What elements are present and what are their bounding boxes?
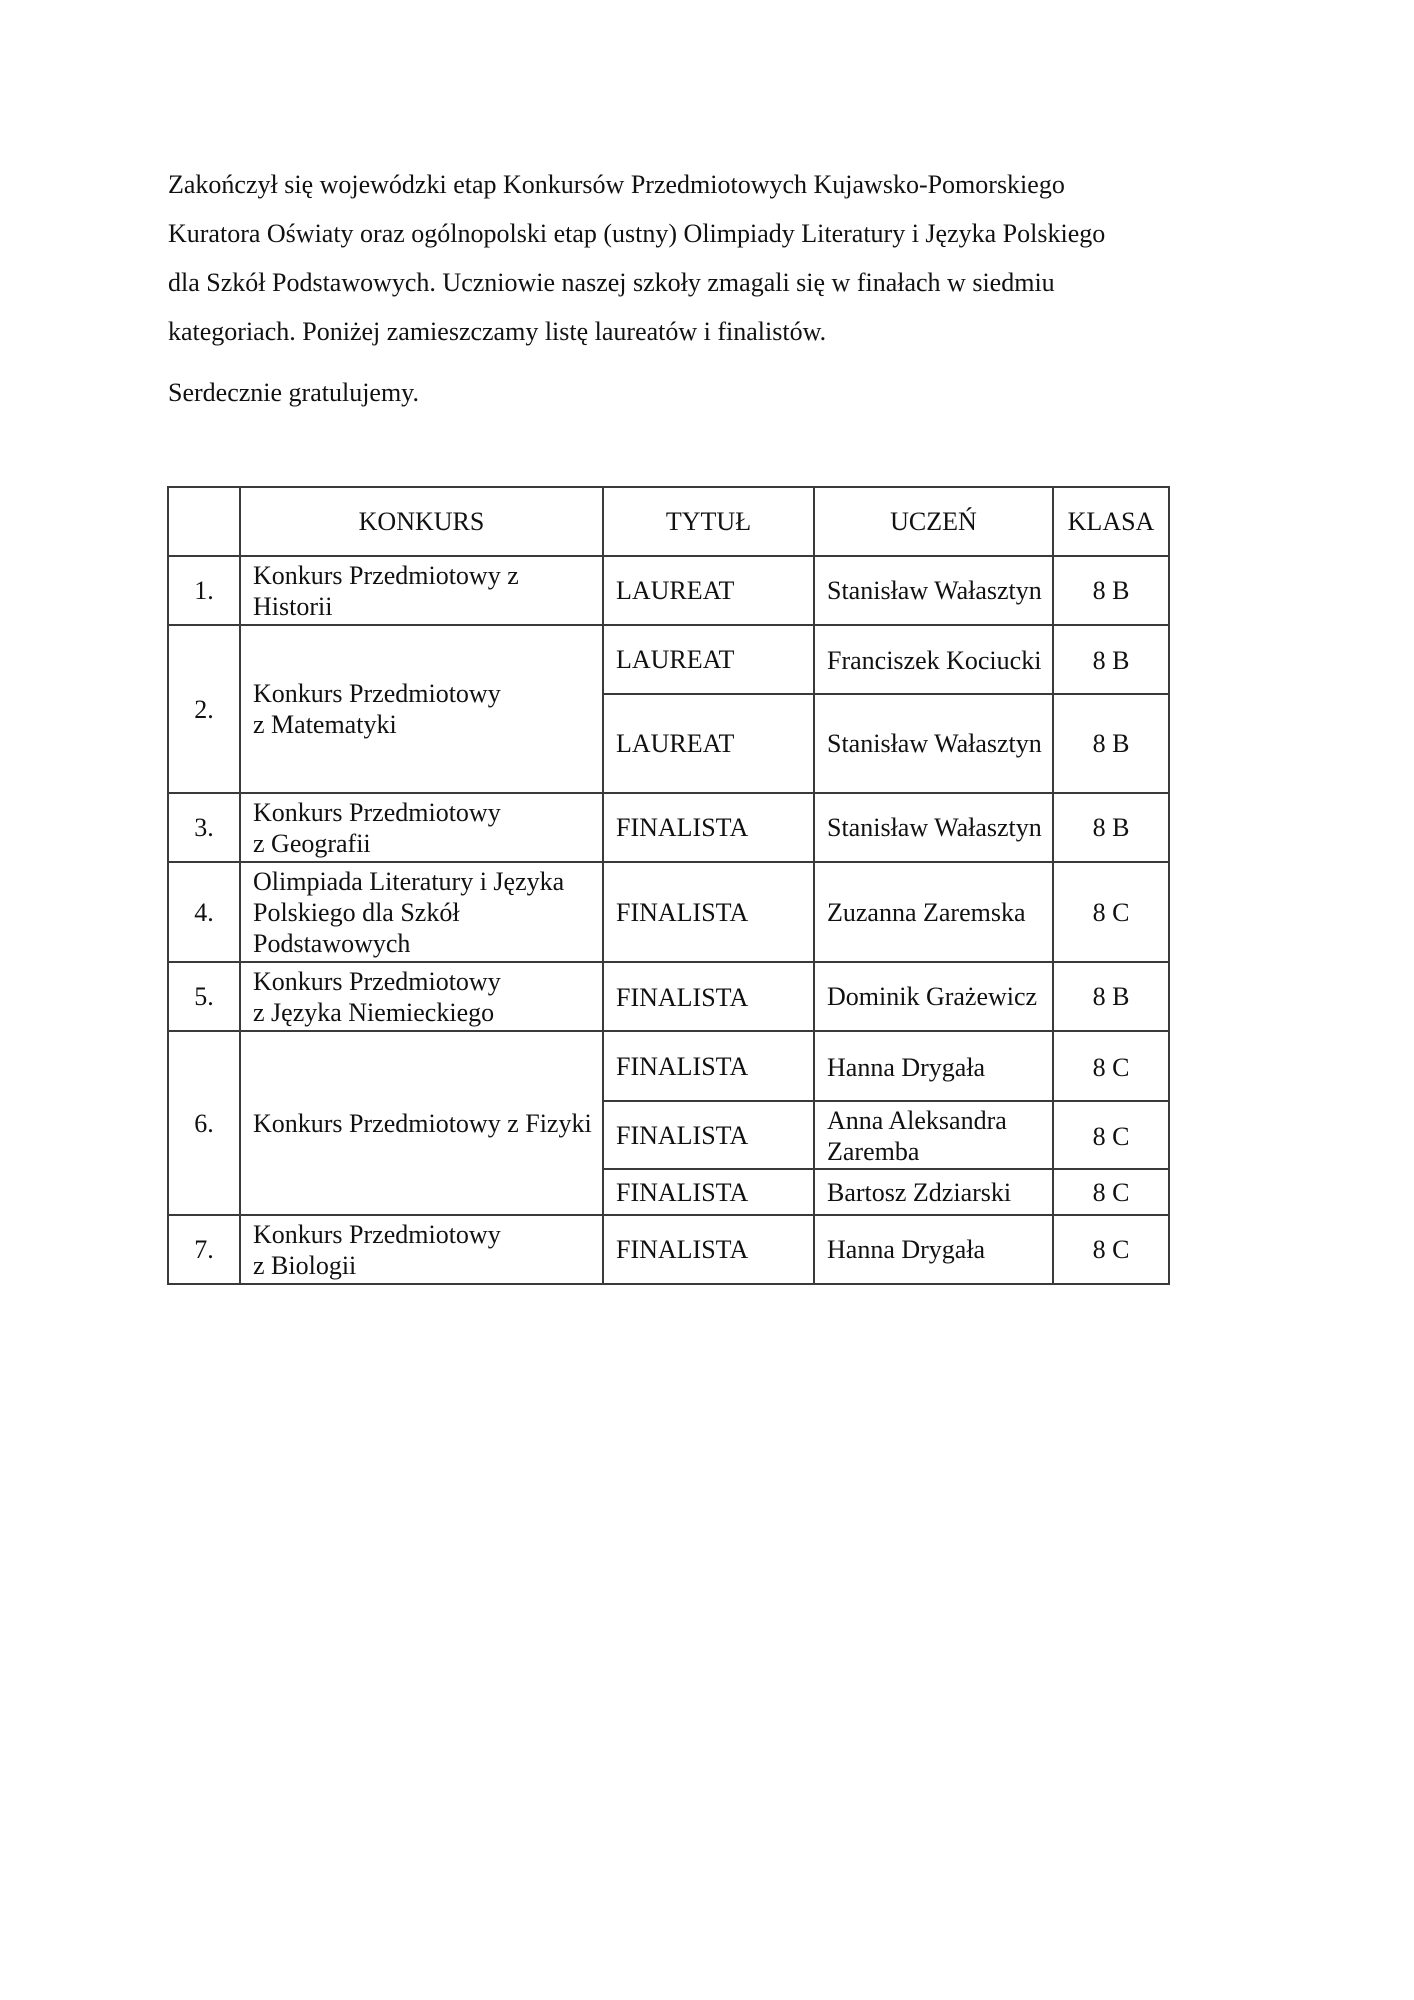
row-number: 4. (168, 862, 240, 962)
row-number: 6. (168, 1031, 240, 1215)
konkurs-cell: Konkurs Przedmiotowy z Biologii (240, 1215, 603, 1284)
konkurs-cell: Konkurs Przedmiotowy z Historii (240, 556, 603, 625)
tytul-cell: FINALISTA (603, 962, 814, 1031)
greeting: Serdecznie gratulujemy. (168, 368, 1268, 417)
uczen-cell: Stanisław Wałasztyn (814, 694, 1053, 793)
table-row: 7. Konkurs Przedmiotowy z Biologii FINAL… (168, 1215, 1169, 1284)
konkurs-line: Konkurs Przedmiotowy (253, 797, 602, 828)
table-row: 3. Konkurs Przedmiotowy z Geografii FINA… (168, 793, 1169, 862)
uczen-cell: Hanna Drygała (814, 1215, 1053, 1284)
klasa-cell: 8 C (1053, 1215, 1169, 1284)
header-num (168, 487, 240, 556)
tytul-cell: FINALISTA (603, 1101, 814, 1169)
klasa-cell: 8 C (1053, 1031, 1169, 1101)
konkurs-line: Olimpiada Literatury i Języka (253, 866, 602, 897)
table-row: 2. Konkurs Przedmiotowy z Matematyki LAU… (168, 625, 1169, 694)
uczen-cell: Bartosz Zdziarski (814, 1169, 1053, 1215)
konkurs-line: z Geografii (253, 828, 602, 859)
konkurs-line: Podstawowych (253, 928, 602, 959)
table-row: 5. Konkurs Przedmiotowy z Języka Niemiec… (168, 962, 1169, 1031)
klasa-cell: 8 B (1053, 694, 1169, 793)
konkurs-line: z Języka Niemieckiego (253, 997, 602, 1028)
intro-line: kategoriach. Poniżej zamieszczamy listę … (168, 307, 1268, 356)
table-row: 1. Konkurs Przedmiotowy z Historii LAURE… (168, 556, 1169, 625)
klasa-cell: 8 B (1053, 962, 1169, 1031)
klasa-cell: 8 C (1053, 1169, 1169, 1215)
konkurs-cell: Konkurs Przedmiotowy z Matematyki (240, 625, 603, 793)
table-header-row: KONKURS TYTUŁ UCZEŃ KLASA (168, 487, 1169, 556)
tytul-cell: LAUREAT (603, 556, 814, 625)
tytul-cell: FINALISTA (603, 1215, 814, 1284)
uczen-cell: Zuzanna Zaremska (814, 862, 1053, 962)
uczen-line: Anna Aleksandra (827, 1105, 1052, 1136)
tytul-cell: LAUREAT (603, 625, 814, 694)
uczen-cell: Franciszek Kociucki (814, 625, 1053, 694)
row-number: 1. (168, 556, 240, 625)
header-tytul: TYTUŁ (603, 487, 814, 556)
klasa-cell: 8 C (1053, 1101, 1169, 1169)
konkurs-line: Konkurs Przedmiotowy (253, 966, 602, 997)
klasa-cell: 8 B (1053, 556, 1169, 625)
intro-line: Kuratora Oświaty oraz ogólnopolski etap … (168, 209, 1268, 258)
tytul-cell: FINALISTA (603, 862, 814, 962)
uczen-cell: Stanisław Wałasztyn (814, 556, 1053, 625)
tytul-cell: FINALISTA (603, 1169, 814, 1215)
row-number: 2. (168, 625, 240, 793)
uczen-cell: Anna Aleksandra Zaremba (814, 1101, 1053, 1169)
konkurs-line: z Biologii (253, 1250, 602, 1281)
uczen-cell: Stanisław Wałasztyn (814, 793, 1053, 862)
uczen-cell: Dominik Grażewicz (814, 962, 1053, 1031)
intro-line: Zakończył się wojewódzki etap Konkursów … (168, 160, 1268, 209)
table-row: 4. Olimpiada Literatury i Języka Polskie… (168, 862, 1169, 962)
konkurs-line: Konkurs Przedmiotowy (253, 678, 602, 709)
uczen-line: Zaremba (827, 1136, 1052, 1167)
tytul-cell: FINALISTA (603, 793, 814, 862)
klasa-cell: 8 B (1053, 625, 1169, 694)
konkurs-line: Konkurs Przedmiotowy (253, 1219, 602, 1250)
results-table: KONKURS TYTUŁ UCZEŃ KLASA 1. Konkurs Prz… (167, 486, 1170, 1285)
konkurs-cell: Konkurs Przedmiotowy z Języka Niemieckie… (240, 962, 603, 1031)
klasa-cell: 8 C (1053, 862, 1169, 962)
row-number: 5. (168, 962, 240, 1031)
konkurs-line: z Matematyki (253, 709, 602, 740)
row-number: 7. (168, 1215, 240, 1284)
intro-text: Zakończył się wojewódzki etap Konkursów … (168, 160, 1268, 417)
intro-line: dla Szkół Podstawowych. Uczniowie naszej… (168, 258, 1268, 307)
header-uczen: UCZEŃ (814, 487, 1053, 556)
tytul-cell: FINALISTA (603, 1031, 814, 1101)
konkurs-cell: Olimpiada Literatury i Języka Polskiego … (240, 862, 603, 962)
tytul-cell: LAUREAT (603, 694, 814, 793)
row-number: 3. (168, 793, 240, 862)
uczen-cell: Hanna Drygała (814, 1031, 1053, 1101)
konkurs-cell: Konkurs Przedmiotowy z Fizyki (240, 1031, 603, 1215)
konkurs-line: Polskiego dla Szkół (253, 897, 602, 928)
header-konkurs: KONKURS (240, 487, 603, 556)
klasa-cell: 8 B (1053, 793, 1169, 862)
table-row: 6. Konkurs Przedmiotowy z Fizyki FINALIS… (168, 1031, 1169, 1101)
konkurs-cell: Konkurs Przedmiotowy z Geografii (240, 793, 603, 862)
header-klasa: KLASA (1053, 487, 1169, 556)
